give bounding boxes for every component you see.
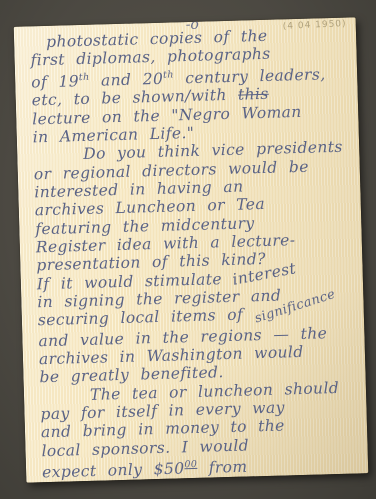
text-segment: th: [163, 69, 174, 80]
text-segment: this: [238, 85, 269, 104]
text-segment: and 20: [89, 70, 163, 90]
text-segment: expect only $50: [42, 459, 185, 481]
text-segment: from: [197, 458, 248, 477]
photograph-background: -o (4 04 1950) photostatic copies of the…: [0, 0, 376, 499]
text-segment: 00: [184, 459, 197, 470]
text-segment: of 19: [31, 72, 79, 91]
letter-page: -o (4 04 1950) photostatic copies of the…: [14, 17, 369, 482]
handwritten-text: photostatic copies of thefirst diplomas,…: [30, 24, 365, 481]
